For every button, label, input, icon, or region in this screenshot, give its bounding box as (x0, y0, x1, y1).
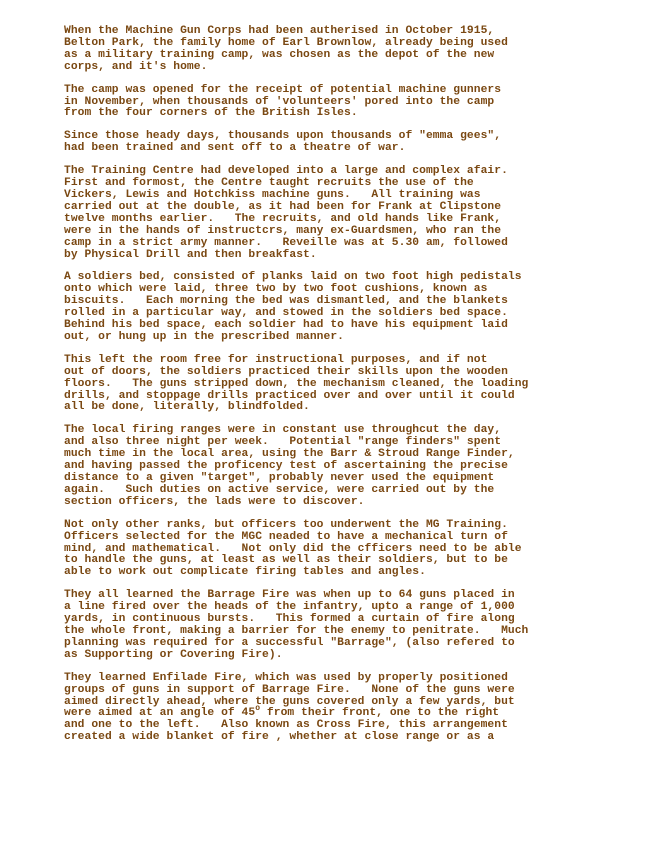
text-line: rolled in a particular way, and stowed i… (64, 307, 508, 319)
text-line: distance to a given "target", probably n… (64, 472, 494, 484)
text-line: had been trained and sent off to a theat… (64, 142, 405, 154)
text-line: Vickers, Lewis and Hotchkiss machine gun… (64, 189, 481, 201)
paragraph: Not only other ranks, but officers too u… (64, 520, 644, 580)
text-line: onto which were laid, three two by two f… (64, 283, 487, 295)
text-line: as Supporting or Covering Fire). (64, 649, 283, 661)
paragraph: Since those heady days, thousands upon t… (64, 131, 644, 155)
text-line: were in the hands of instructcrs, many e… (64, 225, 501, 237)
text-line: again. Such duties on active service, we… (64, 484, 494, 496)
text-line: The Training Centre had developed into a… (64, 165, 508, 177)
text-line: Since those heady days, thousands upon t… (64, 130, 501, 142)
text-line: and also three night per week. Potential… (64, 436, 501, 448)
text-line: by Physical Drill and then breakfast. (64, 249, 317, 261)
text-line: twelve months earlier. The recruits, and… (64, 213, 501, 225)
text-line: floors. The guns stripped down, the mech… (64, 378, 528, 390)
paragraph: The camp was opened for the receipt of p… (64, 85, 644, 121)
text-line: planning was required for a successful "… (64, 637, 515, 649)
text-line: aimed directly ahead, where the guns cov… (64, 696, 515, 708)
text-line: carried out at the double, as it had bee… (64, 201, 501, 213)
text-line: to handle the guns, at least as well as … (64, 554, 508, 566)
text-line: section officers, the lads were to disco… (64, 496, 365, 508)
text-line: Belton Park, the family home of Earl Bro… (64, 37, 508, 49)
text-line: all be done, literally, blindfolded. (64, 401, 310, 413)
paragraph: They learned Enfilade Fire, which was us… (64, 673, 644, 744)
text-line: out, or hung up in the prescribed manner… (64, 331, 344, 343)
text-line: out of doors, the soldiers practiced the… (64, 366, 508, 378)
text-line: mind, and mathematical. Not only did the… (64, 543, 522, 555)
text-line: corps, and it's home. (64, 61, 207, 73)
text-line: They learned Enfilade Fire, which was us… (64, 672, 508, 684)
text-line: a line fired over the heads of the infan… (64, 601, 515, 613)
text-line: The local firing ranges were in constant… (64, 424, 501, 436)
text-line: created a wide blanket of fire , whether… (64, 731, 494, 743)
text-line: biscuits. Each morning the bed was disma… (64, 295, 508, 307)
cut-off-text-line (64, 831, 104, 834)
text-line: from the four corners of the British Isl… (64, 107, 358, 119)
text-line: camp in a strict army manner. Reveille w… (64, 237, 508, 249)
typed-document-page: When the Machine Gun Corps had been auth… (64, 26, 644, 755)
paragraph: When the Machine Gun Corps had been auth… (64, 26, 644, 74)
text-line: much time in the local area, using the B… (64, 448, 515, 460)
text-line: The camp was opened for the receipt of p… (64, 84, 501, 96)
paragraph: This left the room free for instructiona… (64, 355, 644, 415)
text-line: able to work out complicate firing table… (64, 566, 426, 578)
text-line: Behind his bed space, each soldier had t… (64, 319, 508, 331)
text-line: This left the room free for instructiona… (64, 354, 487, 366)
text-line: and one to the left. Also known as Cross… (64, 719, 508, 731)
text-line: yards, in continuous bursts. This formed… (64, 613, 515, 625)
text-line: Officers selected for the MGC neaded to … (64, 531, 508, 543)
text-line: as a military training camp, was chosen … (64, 49, 494, 61)
paragraph: The Training Centre had developed into a… (64, 166, 644, 261)
text-line: the whole front, making a barrier for th… (64, 625, 528, 637)
text-line: were aimed at an angle of 45o from their… (64, 707, 499, 719)
text-line: When the Machine Gun Corps had been auth… (64, 25, 494, 37)
text-line: in November, when thousands of 'voluntee… (64, 96, 494, 108)
text-line: Not only other ranks, but officers too u… (64, 519, 508, 531)
text-line: They all learned the Barrage Fire was wh… (64, 589, 515, 601)
paragraph: A soldiers bed, consisted of planks laid… (64, 272, 644, 343)
text-line: drills, and stoppage drills practiced ov… (64, 390, 515, 402)
text-line: and having passed the proficency test of… (64, 460, 508, 472)
text-line: groups of guns in support of Barrage Fir… (64, 684, 515, 696)
paragraph: The local firing ranges were in constant… (64, 425, 644, 508)
paragraph: They all learned the Barrage Fire was wh… (64, 590, 644, 661)
text-line: First and formost, the Centre taught rec… (64, 177, 474, 189)
text-line: A soldiers bed, consisted of planks laid… (64, 271, 522, 283)
